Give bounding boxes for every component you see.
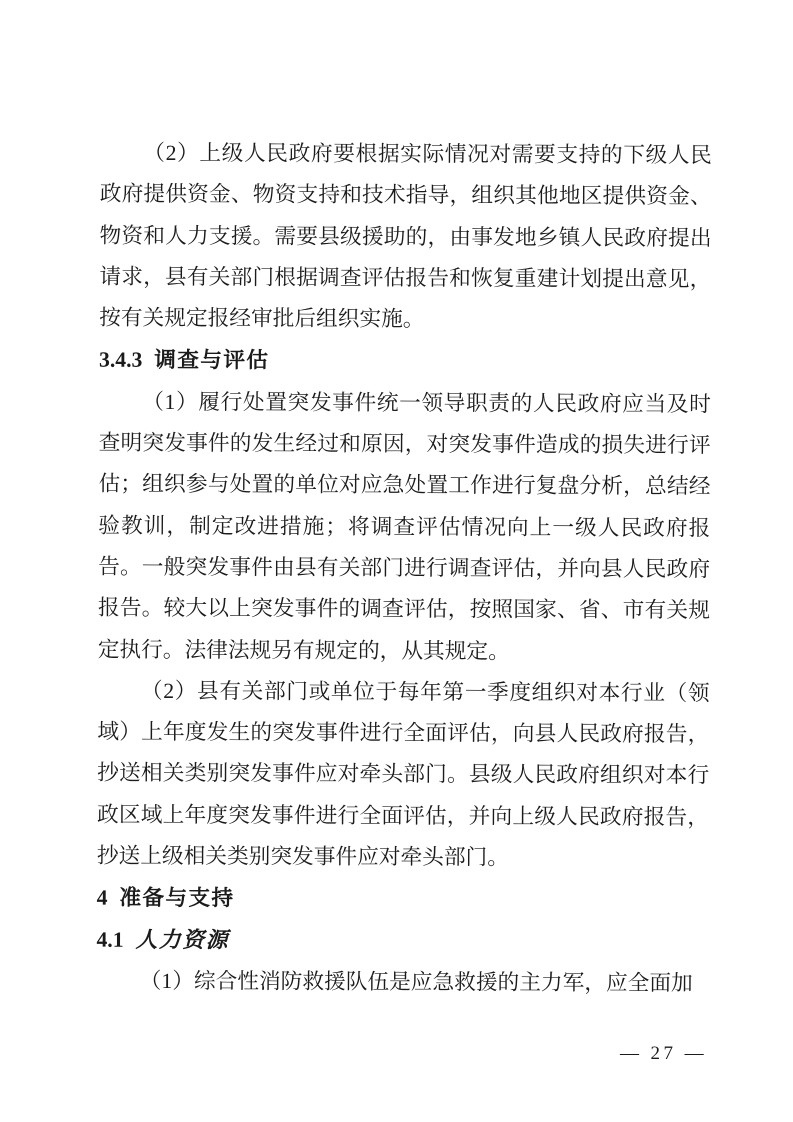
heading-3-4-3-investigation-evaluation: 3.4.3调查与评估	[99, 339, 711, 384]
heading-number: 3.4.3	[99, 348, 142, 372]
heading-title: 调查与评估	[154, 347, 269, 373]
paragraph-investigation-duty: （1）履行处置突发事件统一领导职责的人民政府应当及时查明突发事件的发生经过和原因…	[98, 381, 711, 673]
document-page: （2）上级人民政府要根据实际情况对需要支持的下级人民政府提供资金、物资支持和技术…	[0, 0, 793, 1122]
paragraph-fire-rescue-teams: （1）综合性消防救援队伍是应急救援的主力军，应全面加	[96, 961, 708, 1005]
document-text-block: （2）上级人民政府要根据实际情况对需要支持的下级人民政府提供资金、物资支持和技术…	[96, 133, 712, 1005]
heading-4-preparation-support: 4准备与支持	[97, 877, 709, 922]
paragraph-annual-evaluation: （2）县有关部门或单位于每年第一季度组织对本行业（领域）上年度发生的突发事件进行…	[97, 671, 710, 880]
page-number: — 27 —	[620, 1040, 707, 1068]
heading-number: 4	[97, 886, 108, 910]
heading-title: 准备与支持	[119, 885, 234, 911]
heading-title: 人力资源	[135, 927, 229, 951]
heading-number: 4.1	[96, 927, 123, 951]
heading-4-1-human-resources: 4.1人力资源	[96, 919, 708, 963]
paragraph-higher-government-support: （2）上级人民政府要根据实际情况对需要支持的下级人民政府提供资金、物资支持和技术…	[99, 133, 712, 342]
